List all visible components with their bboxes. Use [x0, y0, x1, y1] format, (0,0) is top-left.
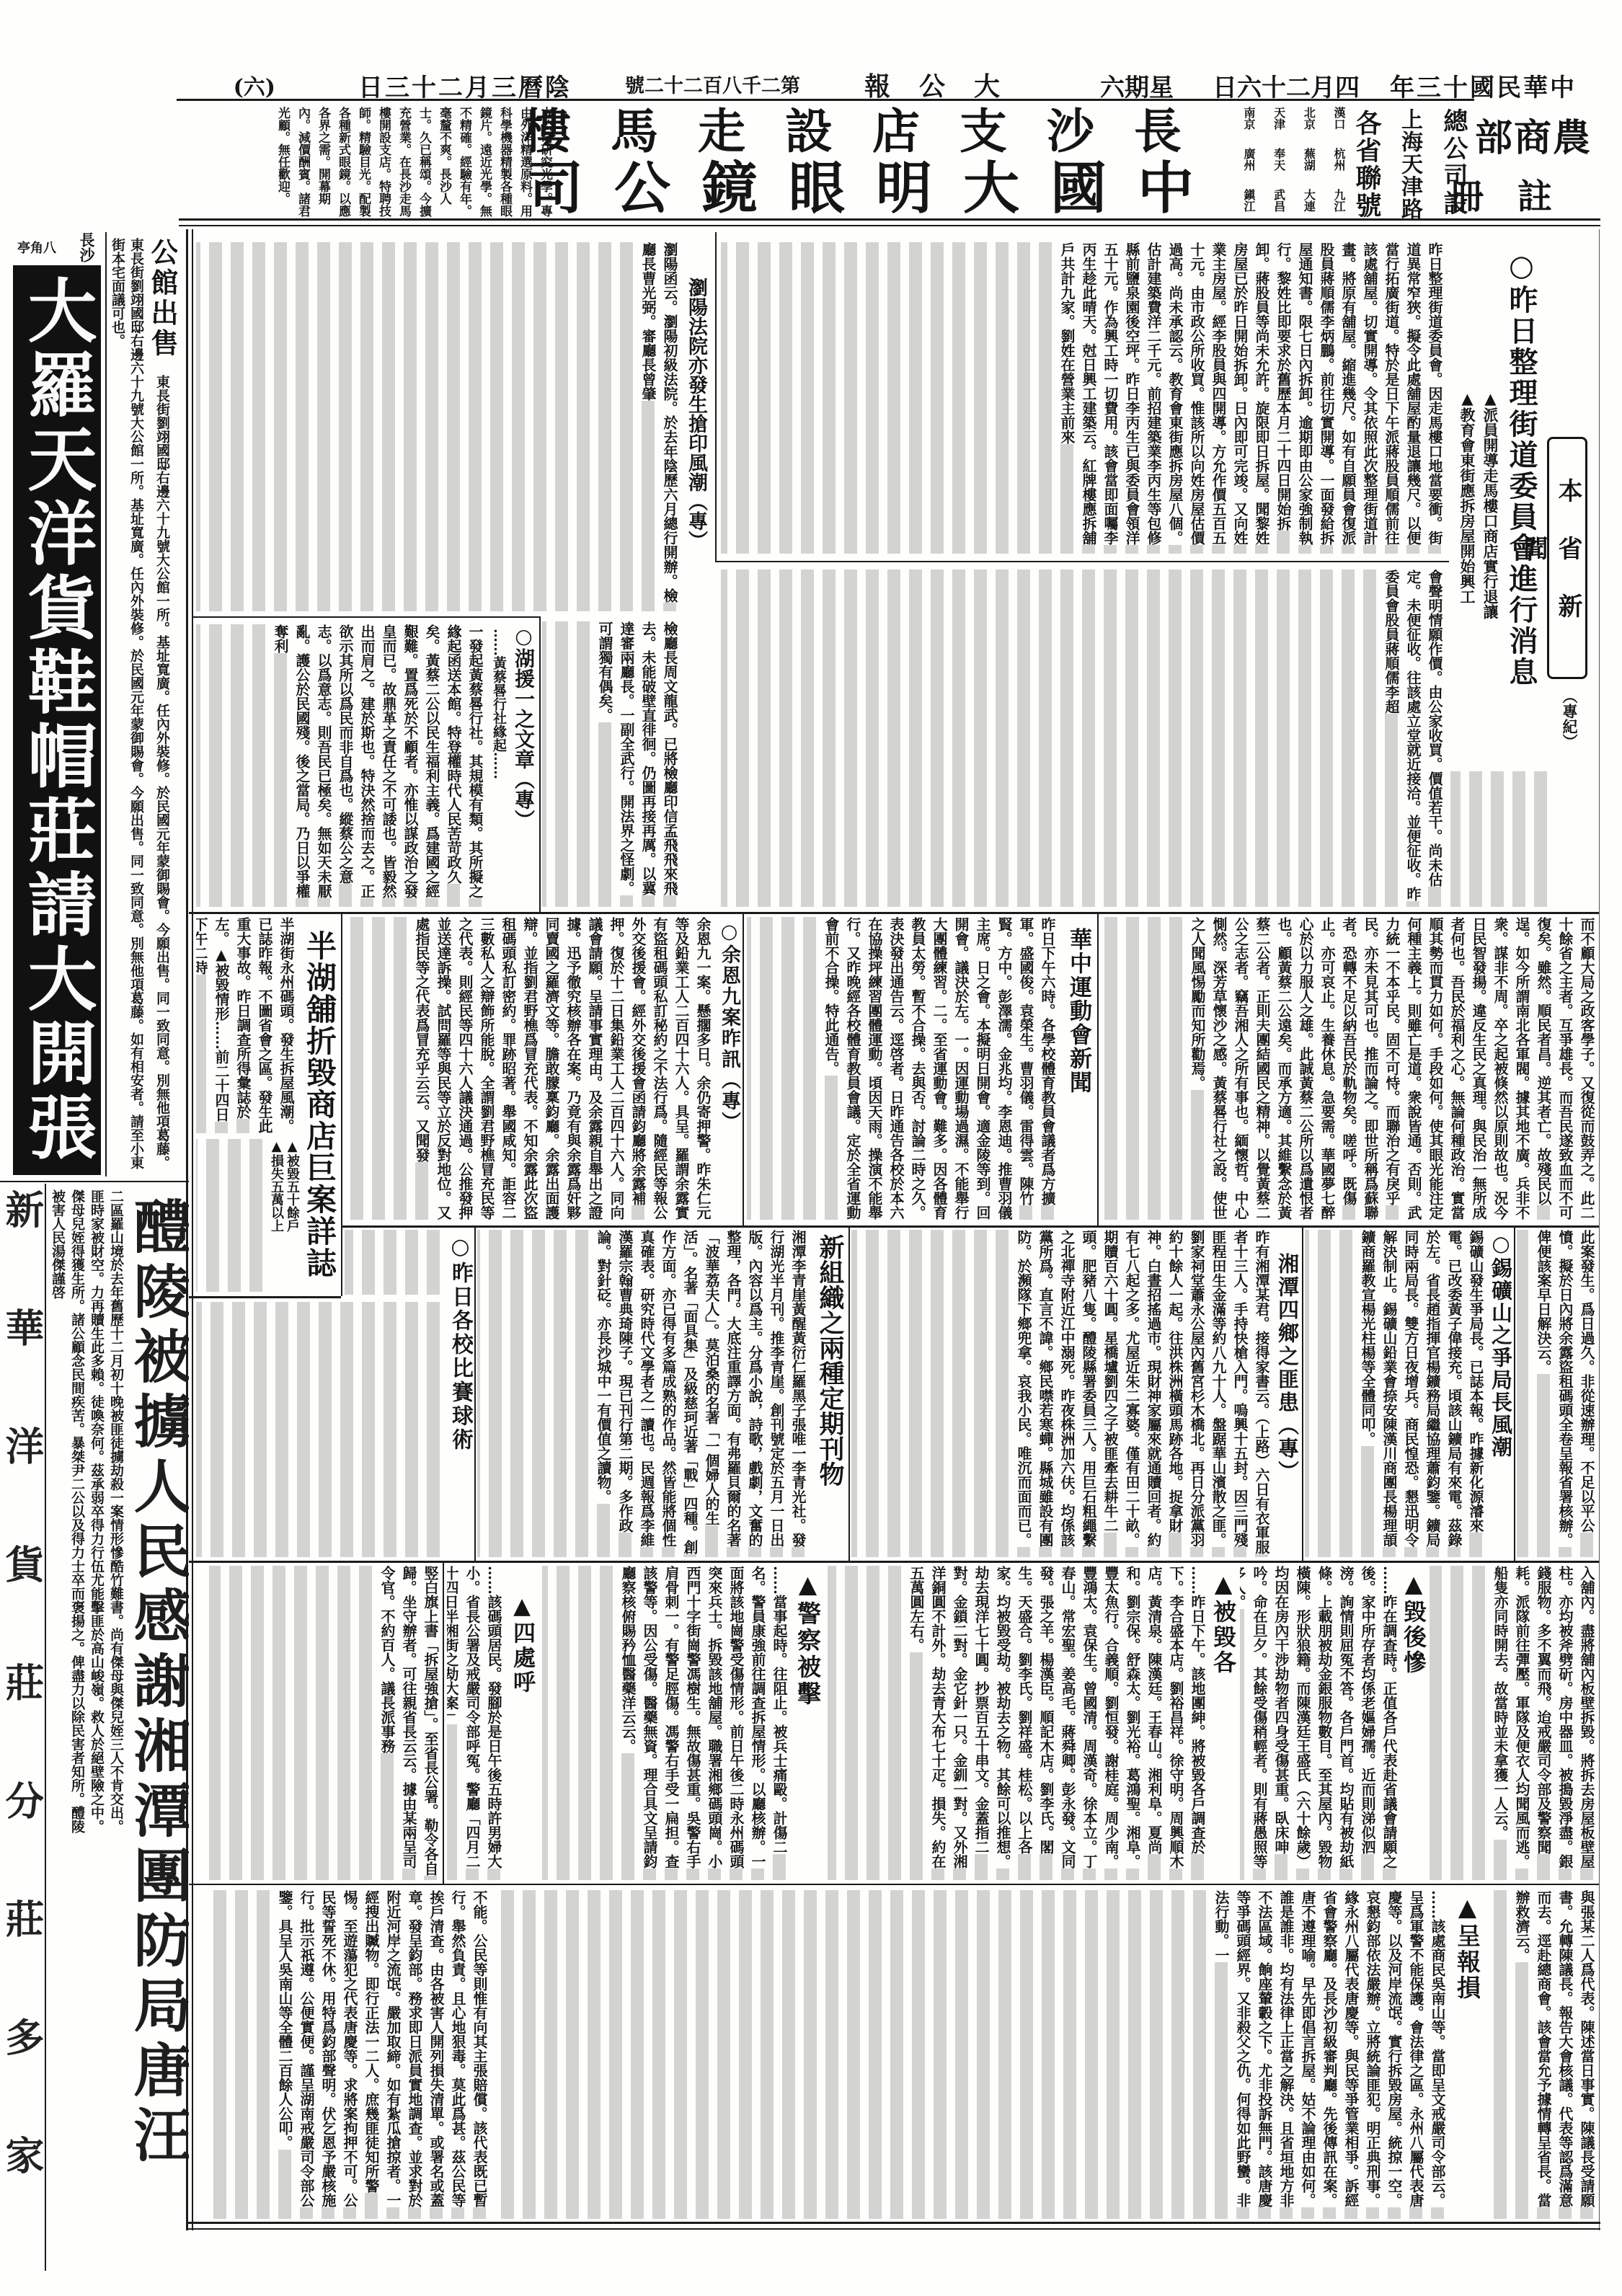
ad-bottom-rule — [179, 225, 1600, 226]
left-location-label: 八角亭 — [13, 238, 56, 257]
article-body-sports-meet: 昨日下午六時。各學校體育教員會議者爲方擴軍。盛國俊。袁榮生。曹羽儀。雷得雲。陳竹… — [747, 917, 1058, 1220]
divider — [1514, 1227, 1515, 1561]
headline-school-ball-match: ○昨日各校比賽球術 — [447, 1234, 473, 1458]
ad-city: 大連 — [1301, 189, 1316, 219]
ad-city: 武昌 — [1272, 189, 1286, 219]
main-frame-right — [1599, 229, 1600, 2230]
ad-city: 北京 — [1301, 107, 1316, 137]
house-sale-body: 東長街劉翊國邸右邊六十九號大公館一所。基址寬廣。任內外裝修。於民國元年蒙御賜會。… — [108, 238, 146, 1175]
divider — [1302, 1227, 1303, 1561]
shop-banner-ad: 大羅天洋貨鞋帽莊請大開張 — [13, 265, 101, 1175]
article-body-xiangtan: 昨有湘潭某君。接得家書云。（上路）六日有衣軍服者十三人。手持快槍入門。嗚興十五封… — [851, 1230, 1272, 1557]
article-body-appeal: ……該碼頭居民。發腳於是日午後五時許男婦大小。省長公署及戒嚴司令部呼冤。警廳「四… — [447, 1566, 505, 1880]
ad-city-row: 九江 大連 武昌 鎭江 — [1241, 189, 1346, 219]
tier-divider — [189, 1296, 341, 1298]
article-body-new-periodicals: 湘潭李青崖黃醒黃衍仁羅黑子張唯一李青光社。發行湖光半月刊。推李青崖。創刊號定於五… — [477, 1230, 809, 1557]
article-body-aftermath: ……昨在調查時。正值各戶代表赴省議會請願之後。家中所存者均係老嫗婦孺。近而則涕似… — [1240, 1566, 1400, 1880]
article-body-damage-pre: 入舖內。盡將舖內板壁拆毀。將拆去房屋板壁屋柱。亦均被斧劈斫。房中器皿。被搗毀淨盡… — [1430, 1566, 1597, 1880]
ad-city: 蕪湖 — [1301, 148, 1316, 178]
subhead-households: ▲被毀各戶 — [1210, 1570, 1237, 1693]
tier-divider — [189, 1884, 1599, 1885]
article-body-huangcai: 一發起黃蔡晷行社。其規模有類。其所擬之緣起函送本館。特登權時代人民苦苛政久矣。黃… — [196, 624, 486, 907]
masthead-paper-name: 大公報 — [861, 66, 1029, 103]
subtitle-huangcai: ……黃蔡晷行社緣起…… — [489, 629, 509, 816]
house-sale-title: 公館出售 — [147, 238, 177, 368]
article-body-yu-case-tail: 此案發生。爲日過久。非從速辦理。不足以平公憤。擬於日內將余露盜租碼頭全卷呈報省署… — [1517, 1230, 1597, 1557]
article-body-households: ……昨日下午。該地團紳。將被毀各戶調查於下。李合盛本店。劉裕昌祥。徐守明。周興順… — [828, 1566, 1208, 1880]
illegible-article-body — [196, 1302, 444, 1557]
ad-city: 廣州 — [1241, 148, 1256, 178]
divider — [848, 1227, 850, 1561]
article-body-liuyang-cont: 檢廳長周文龍武。已將檢廳印信孟飛飛來飛去。未能破壁直徘徊。仍圖再接再厲。以冀達審… — [542, 621, 681, 907]
ad-city: 漢口 — [1331, 107, 1346, 137]
house-sale-body-cont: 東長街劉翊國邸右邊六十九號大公館一所。基址寬廣。任內外裝修。於民國元年蒙御賜會。… — [147, 375, 177, 1175]
divider — [1097, 914, 1099, 1225]
article-body-banhu-cont: 竪白旗上書「拆屋強搶」。至省長公署。勒令各自歸。坐守辦者。可往親省長云云。據由某… — [209, 1566, 441, 1880]
article-tag: （專） — [718, 1070, 740, 1133]
main-frame-bottom — [186, 2222, 1600, 2224]
illegible-text-region — [1450, 771, 1551, 907]
left-city-label: 長沙 — [74, 232, 99, 265]
section-label-local-news: 本省新聞 — [1547, 437, 1587, 679]
headline-xikuangshan: ○錫礦山之爭局長風潮（專） — [1488, 1231, 1514, 1512]
subhead-street-1: ▲派員開導走馬樓口商店實行退讓 — [1478, 389, 1501, 627]
divider — [743, 914, 744, 1225]
liling-notice-headline: 醴陵被擄人民感謝湘潭團防局唐汪 — [127, 1197, 189, 2249]
article-body-loss-report: ……該處商民吳南山等。當即呈文戒嚴司令部云。呈爲軍警不能保護。會法律之區。永州八… — [493, 1890, 1448, 2219]
article-tag: （專） — [512, 769, 536, 830]
newspaper-page: 中華民國十三年 四月二十六日 星期六 大公報 第二千八百二十二號 陰曆三月二十三… — [0, 0, 1622, 2296]
article-body-street-2: 會聲明情願作價。由公家收買。價值若干。尚未估定。未便征收。往該處立堂就近接洽。並… — [721, 569, 1445, 907]
ad-city: 天津 — [1272, 107, 1286, 137]
headline-yu-case: ○余恩九案昨訊（專） — [717, 921, 741, 1166]
article-body-petition: 與張某二人爲代表。陳述當日事實。陳議長受請願書。允轉陳議長。報告大會核議。代表等… — [1485, 1890, 1597, 2219]
article-tag: （專） — [1275, 1414, 1300, 1484]
ad-branches-label: 各省聯號 — [1350, 110, 1384, 219]
article-body-xikuangshan: 錫礦山發生爭局長。已誌本報。昨據新化源濬來電。已改委黃子偉接充。頃該山鑛局有來電… — [1305, 1230, 1486, 1557]
left-column-rule — [0, 1181, 189, 1182]
subhead-loss-report: ▲呈報損失 — [1452, 1893, 1482, 2016]
tier-divider — [189, 1561, 1599, 1563]
article-tag: （專紀） — [1557, 688, 1580, 768]
tier-divider — [341, 1225, 1599, 1228]
tier-divider — [189, 912, 1599, 914]
shop-banner-slogan: 請大開張 — [17, 869, 98, 1166]
ad-city-row: 杭州 蕪湖 奉天 廣州 — [1241, 148, 1346, 178]
ad-city: 鎭江 — [1241, 189, 1256, 219]
divider — [341, 914, 342, 1296]
illegible-article-body — [345, 1230, 444, 1295]
subhead-police-attacked: ▲警察被擊 — [793, 1570, 822, 1721]
illegible-text-region — [196, 1139, 267, 1292]
headline-street-committee: ○昨日整理街道委員會進行消息 — [1504, 249, 1538, 688]
ad-registration-line1: 農商部 — [1475, 117, 1592, 160]
article-body-police: ……當事起時。往阻止。被兵士痛毆。計傷二名。警員康強前往調查拆屋情形。以廳核辦。… — [542, 1566, 790, 1880]
ad-city: 杭州 — [1331, 148, 1346, 178]
divider — [443, 1562, 444, 1884]
article-body-yu-case: 余恩九一案。懸擱多日。余仍寄押警。昨朱仁元等及鉛業工人二百四十六人。具呈。羅謂余… — [346, 917, 714, 1220]
article-body-loss-report-end: 不能。公民等則惟有向其主張賠償。該代表既已暫行。舉然負責。且心地狠毒。莫此爲甚。… — [209, 1890, 490, 2219]
masthead-issue-number: 第二千八百二十二號 — [621, 70, 800, 98]
ad-registration-line2: 註冊 — [1449, 176, 1586, 218]
ad-city: 南京 — [1241, 107, 1256, 137]
subhead-banhu-2: ▲損失五萬以上 — [268, 1139, 284, 1294]
subhead-street-2: ▲教育會東街應拆房屋開始興工 — [1455, 389, 1478, 627]
ad-title-line1: 長沙支店設走馬樓 — [523, 105, 1221, 157]
main-frame-left — [192, 229, 193, 2230]
main-frame-left — [186, 229, 188, 2230]
liling-notice-body: 二區羅山境於去年舊歷十二月初十晚被匪徒擄劫殺一案情形慘酷竹難書。尚有傑母與傑兒姪… — [48, 1189, 125, 1845]
ad-city: 奉天 — [1272, 148, 1286, 178]
ad-copy-text: 本公司研究光學。專由外洋精選原料。用科學機器精製各種眼鏡片。遠近光學。無不精確。… — [186, 107, 555, 218]
article-body-liuyang: 瀏陽函云。瀏陽初級法院。於去年陰歷六月總行開辦。檢廳長曹光弼。審廳長曾肇 — [196, 242, 681, 611]
article-body-editorial: 而不顧大局之政客學子。又復從而鼓弄之。此二十餘省之主者。互爭雄長。而吾民遂致血而… — [1102, 917, 1597, 1220]
masthead-year: 中華民國十三年 — [1388, 68, 1577, 103]
headline-banhu-incident: 半湖舖折毀商店巨案詳誌 — [301, 930, 337, 1290]
ad-head-office-address: 上海天津路 — [1393, 108, 1426, 221]
divider — [192, 616, 539, 618]
masthead-date: 四月二十六日 — [1211, 68, 1360, 103]
bottom-left-ad: 新華洋貨莊分莊多家 — [1, 1189, 43, 2271]
article-body-banhu: 半湖街永州碼頭。發生拆屋風潮。已誌昨報。不圖省會之區。發生此重大事故。昨日調查所… — [196, 917, 297, 1133]
shop-banner-name: 大羅天洋貨鞋帽莊 — [17, 275, 98, 869]
article-tag: （專） — [685, 492, 707, 550]
left-column-divider — [45, 1184, 46, 2271]
ad-city: 九江 — [1331, 189, 1346, 219]
masthead-rule — [177, 99, 1474, 101]
article-body-street-1: 昨日整理街道委員會。因走馬樓口地當要衝。街道異常窄狹。擬令此處舖屋酌量退讓幾尺。… — [721, 242, 1445, 554]
subhead-aftermath: ▲毀後慘狀 — [1400, 1570, 1427, 1693]
subhead-banhu-1: ▲被毀五十餘戶 — [284, 1139, 300, 1294]
ad-city-row: 漢口 北京 天津 南京 — [1241, 107, 1346, 137]
left-column-divider — [105, 232, 107, 1176]
masthead-weekday: 星期六 — [1094, 68, 1174, 103]
divider — [715, 561, 1449, 562]
divider — [474, 1227, 476, 1561]
masthead-page-number: (六) — [229, 69, 275, 101]
divider — [715, 232, 717, 561]
divider — [539, 616, 541, 912]
masthead-lunar-date: 陰曆三月二十三日 — [352, 68, 572, 103]
headline-liuyang-court: 瀏陽法院亦發生搶印風潮（專） — [683, 278, 708, 566]
headline-huangcai-article: ○湖援一之文章（專） — [510, 624, 536, 841]
headline-xiangtan-bandits: 湘潭四鄉之匪患（專） — [1275, 1253, 1300, 1512]
ad-bottom-rule — [179, 218, 1600, 221]
headline-new-periodicals: 新組織之兩種定期刊物（專） — [813, 1234, 846, 1551]
subhead-appeal: ▲四處呼冤 — [508, 1593, 536, 1716]
ad-title-line2: 中國大明眼鏡公司 — [527, 159, 1225, 219]
headline-sports-meet: 華中運動會新聞 — [1064, 928, 1093, 1108]
main-frame-bottom — [186, 2228, 1600, 2230]
